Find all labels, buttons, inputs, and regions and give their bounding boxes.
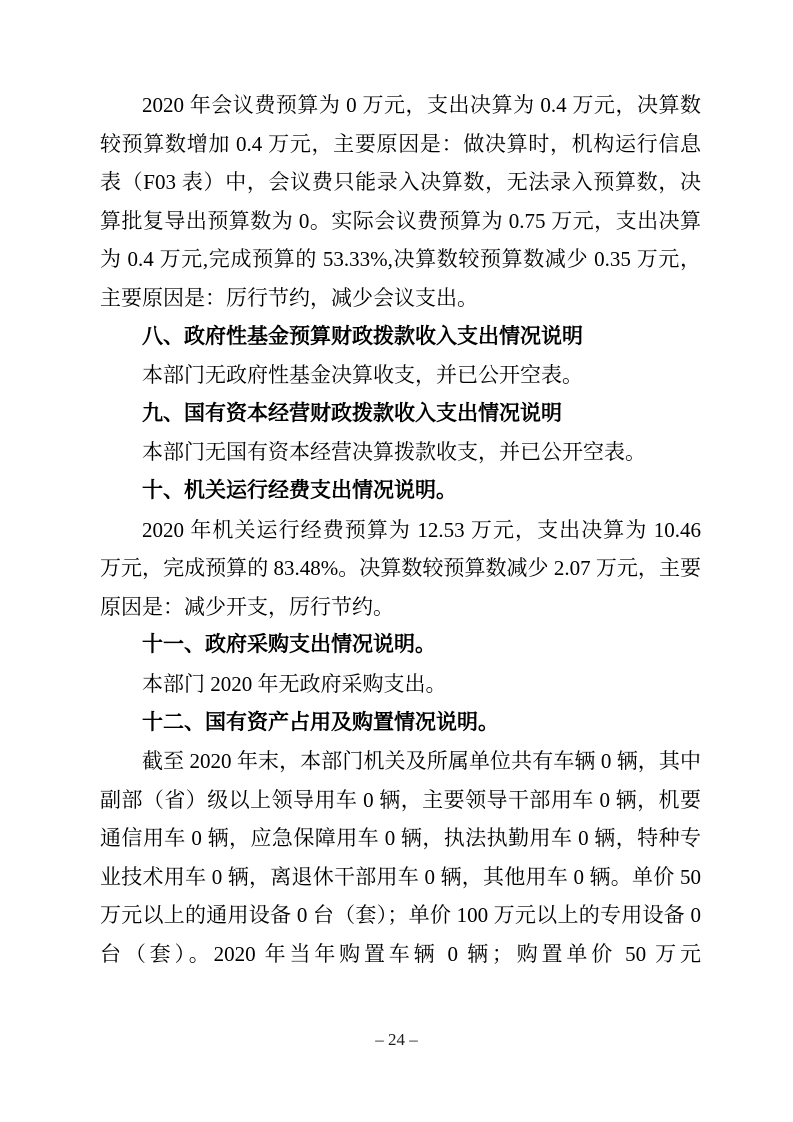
paragraph-state-capital-note: 本部门无国有资本经营决算拨款收支，并已公开空表。: [100, 433, 701, 472]
heading-section-12-state-assets: 十二、国有资产占用及购置情况说明。: [100, 704, 701, 743]
paragraph-operating-expense-explanation: 2020 年机关运行经费预算为 12.53 万元，支出决算为 10.46 万元，…: [100, 511, 701, 627]
paragraph-state-assets-explanation: 截至 2020 年末，本部门机关及所属单位共有车辆 0 辆，其中副部（省）级以上…: [100, 742, 701, 974]
heading-section-9-state-capital: 九、国有资本经营财政拨款收入支出情况说明: [100, 395, 701, 434]
heading-section-8-government-fund: 八、政府性基金预算财政拨款收入支出情况说明: [100, 318, 701, 357]
paragraph-procurement-note: 本部门 2020 年无政府采购支出。: [100, 665, 701, 704]
paragraph-government-fund-note: 本部门无政府性基金决算收支，并已公开空表。: [100, 356, 701, 395]
heading-section-10-operating-expense: 十、机关运行经费支出情况说明。: [100, 472, 701, 511]
heading-section-11-procurement: 十一、政府采购支出情况说明。: [100, 626, 701, 665]
page-number: – 24 –: [0, 1028, 793, 1052]
paragraph-conference-fee-explanation: 2020 年会议费预算为 0 万元，支出决算为 0.4 万元，决算数较预算数增加…: [100, 86, 701, 318]
document-content: 2020 年会议费预算为 0 万元，支出决算为 0.4 万元，决算数较预算数增加…: [100, 86, 701, 974]
